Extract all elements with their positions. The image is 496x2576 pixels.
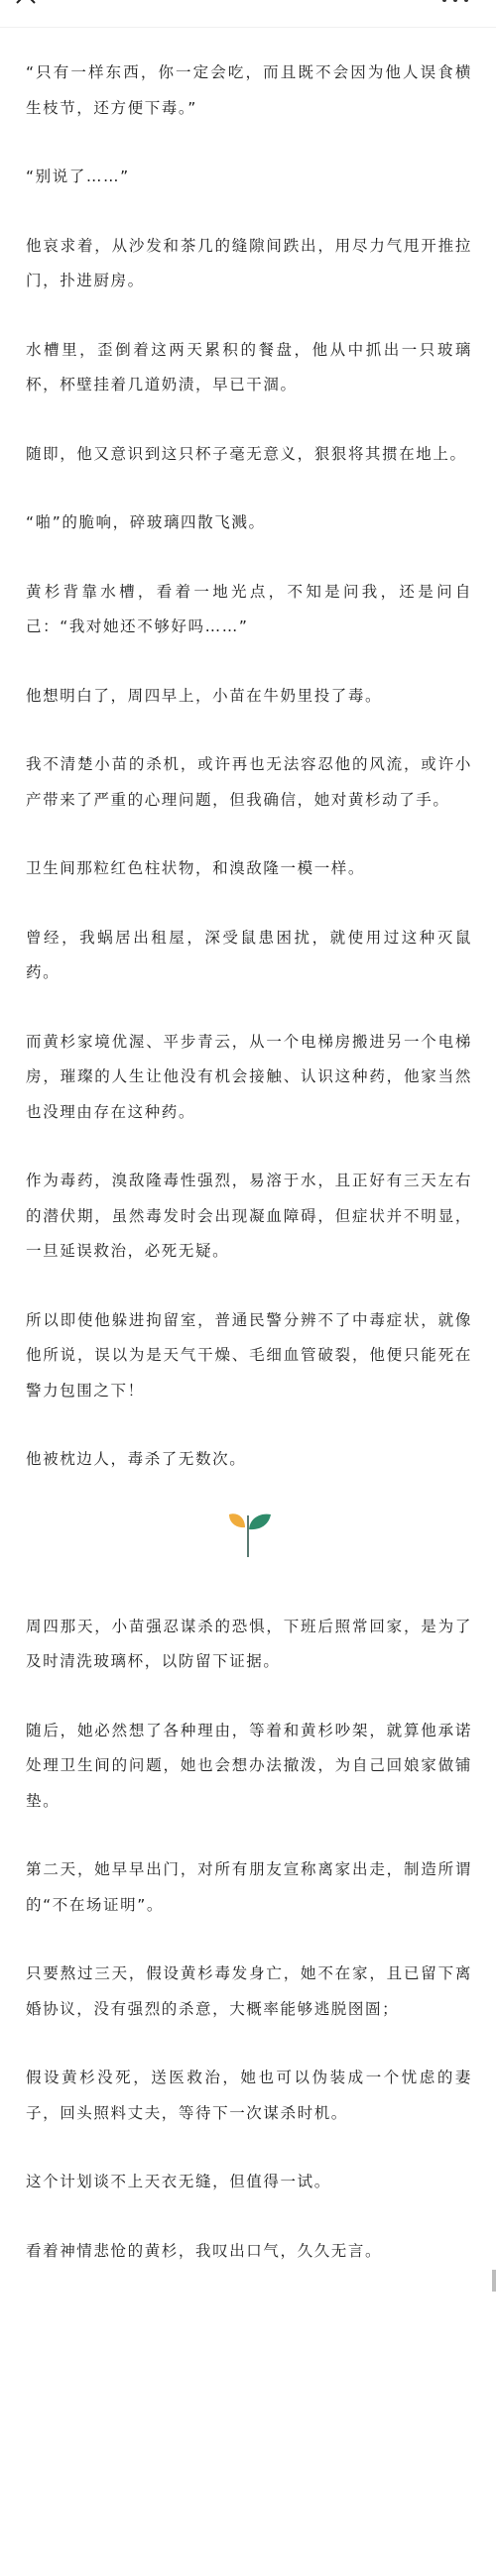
paragraph: 曾经，我蜗居出租屋，深受鼠患困扰，就使用过这种灭鼠药。 [26, 921, 472, 991]
paragraph: 作为毒药，溴敌隆毒性强烈，易溶于水，且正好有三天左右的潜伏期，虽然毒发时会出现凝… [26, 1164, 472, 1270]
paragraph: 所以即使他躲进拘留室，普通民警分辨不了中毒症状，就像他所说，误以为是天气干燥、毛… [26, 1303, 472, 1409]
paragraph: “啪”的脆响，碎玻璃四散飞溅。 [26, 505, 472, 541]
paragraph: 假设黄杉没死，送医救治，她也可以伪装成一个忧虑的妻子，回头照料丈夫，等待下一次谋… [26, 2061, 472, 2131]
article-body: “只有一样东西，你一定会吃，而且既不会因为他人误食横生枝节，还方便下毒。” “别… [26, 56, 472, 2302]
more-dots-icon[interactable] [440, 0, 470, 6]
paragraph: 黄杉背靠水槽，看着一地光点，不知是问我，还是问自己：“我对她还不够好吗……” [26, 575, 472, 645]
paragraph: 卫生间那粒红色柱状物，和溴敌隆一模一样。 [26, 851, 472, 887]
paragraph: “只有一样东西，你一定会吃，而且既不会因为他人误食横生枝节，还方便下毒。” [26, 56, 472, 126]
top-bar [0, 0, 496, 28]
scrollbar-thumb[interactable] [492, 2270, 496, 2292]
paragraph: 他想明白了，周四早上，小苗在牛奶里投了毒。 [26, 679, 472, 715]
paragraph: “别说了……” [26, 160, 472, 195]
paragraph: 随后，她必然想了各种理由，等着和黄杉吵架，就算他承诺处理卫生间的问题，她也会想办… [26, 1714, 472, 1820]
paragraph: 只要熬过三天，假设黄杉毒发身亡，她不在家，且已留下离婚协议，没有强烈的杀意，大概… [26, 1957, 472, 2027]
paragraph: 我不清楚小苗的杀机，或许再也无法容忍他的风流，或许小产带来了严重的心理问题，但我… [26, 747, 472, 818]
paragraph: 他哀求着，从沙发和茶几的缝隙间跌出，用尽力气甩开推拉门，扑进厨房。 [26, 229, 472, 299]
close-chevron-icon[interactable] [14, 0, 38, 8]
paragraph: 而黄杉家境优渥、平步青云，从一个电梯房搬进另一个电梯房，璀璨的人生让他没有机会接… [26, 1025, 472, 1131]
sprout-icon [227, 1512, 271, 1557]
paragraph: 他被枕边人，毒杀了无数次。 [26, 1442, 472, 1478]
paragraph: 随即，他又意识到这只杯子毫无意义，狠狠将其掼在地上。 [26, 437, 472, 473]
paragraph: 这个计划谈不上天衣无缝，但值得一试。 [26, 2165, 472, 2200]
section-divider [26, 1512, 472, 1566]
paragraph: 周四那天，小苗强忍谋杀的恐惧，下班后照常回家，是为了及时清洗玻璃杯，以防留下证据… [26, 1610, 472, 1680]
paragraph: 第二天，她早早出门，对所有朋友宣称离家出走，制造所谓的“不在场证明”。 [26, 1852, 472, 1923]
paragraph: 看着神情悲怆的黄杉，我叹出口气，久久无言。 [26, 2234, 472, 2270]
paragraph: 水槽里，歪倒着这两天累积的餐盘，他从中抓出一只玻璃杯，杯壁挂着几道奶渍，早已干涸… [26, 333, 472, 403]
